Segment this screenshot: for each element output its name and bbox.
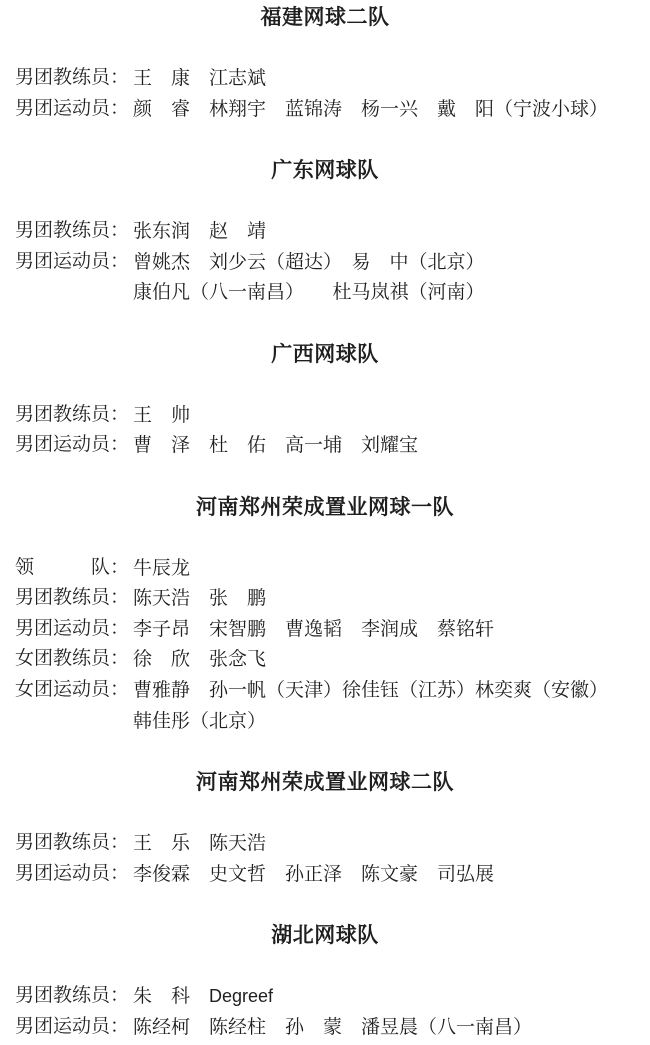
roster-row-names: 王 帅 [133,405,190,426]
roster-row-names: 王 乐 陈天浩 [133,833,266,854]
roster-row-label: 男团运动员： [15,859,133,890]
team-title: 河南郑州荣成置业网球二队 [15,767,635,798]
roster-row-label: 男团教练员： [15,583,133,614]
roster-row-continuation: 康伯凡（八一南昌） 杜马岚祺（河南） [15,277,635,308]
roster-row: 男团教练员：朱 科 Degreef [15,981,635,1012]
roster-row-names: 颜 睿 林翔宇 蓝锦涛 杨一兴 戴 阳（宁波小球） [133,99,608,120]
roster-row-names: 张东润 赵 靖 [133,221,266,242]
roster-row-label: 男团教练员： [15,981,133,1012]
roster-row-names: 曾姚杰 刘少云（超达） 易 中（北京） [133,252,485,273]
roster-row: 男团教练员：王 帅 [15,400,635,431]
roster-row-names: 徐 欣 张念飞 [133,649,266,670]
roster-row-label: 男团教练员： [15,216,133,247]
roster-row: 男团教练员：王 康 江志斌 [15,63,635,94]
roster-row: 男团运动员：陈经柯 陈经柱 孙 蒙 潘昱晨（八一南昌） [15,1012,635,1043]
team-title: 广东网球队 [15,155,635,186]
roster-row: 男团运动员：李子昂 宋智鹏 曹逸韬 李润成 蔡铭轩 [15,614,635,645]
roster-row: 领 队：牛辰龙 [15,553,635,584]
roster-row-names: 朱 科 [133,986,209,1007]
roster-row: 男团运动员：曹 泽 杜 佑 高一埔 刘耀宝 [15,430,635,461]
roster-row-latin-name: Degreef [209,986,273,1006]
team-section-3: 广西网球队男团教练员：王 帅男团运动员：曹 泽 杜 佑 高一埔 刘耀宝 [15,339,635,461]
roster-row-label: 男团运动员： [15,430,133,461]
roster-row-label: 男团运动员： [15,94,133,125]
roster-row-names: 康伯凡（八一南昌） 杜马岚祺（河南） [133,282,485,303]
team-section-5: 河南郑州荣成置业网球二队男团教练员：王 乐 陈天浩男团运动员：李俊霖 史文哲 孙… [15,767,635,889]
team-title: 福建网球二队 [15,2,635,33]
roster-row: 女团运动员：曹雅静 孙一帆（天津）徐佳钰（江苏）林奕爽（安徽） [15,675,635,706]
roster-row: 男团运动员：曾姚杰 刘少云（超达） 易 中（北京） [15,247,635,278]
roster-row: 男团运动员：李俊霖 史文哲 孙正泽 陈文豪 司弘展 [15,859,635,890]
roster-row: 男团教练员：陈天浩 张 鹏 [15,583,635,614]
roster-row-names: 陈天浩 张 鹏 [133,588,266,609]
roster-row-label: 女团运动员： [15,675,133,706]
roster-row-continuation: 韩佳彤（北京） [15,706,635,737]
team-section-2: 广东网球队男团教练员：张东润 赵 靖男团运动员：曾姚杰 刘少云（超达） 易 中（… [15,155,635,308]
roster-row-label: 男团运动员： [15,1012,133,1043]
roster-row: 男团教练员：张东润 赵 靖 [15,216,635,247]
roster-row-names: 韩佳彤（北京） [133,711,266,732]
roster-row-names: 陈经柯 陈经柱 孙 蒙 潘昱晨（八一南昌） [133,1017,532,1038]
team-section-6: 湖北网球队男团教练员：朱 科 Degreef男团运动员：陈经柯 陈经柱 孙 蒙 … [15,920,635,1042]
roster-row-label: 男团教练员： [15,63,133,94]
roster-row: 男团运动员：颜 睿 林翔宇 蓝锦涛 杨一兴 戴 阳（宁波小球） [15,94,635,125]
roster-row-names: 李俊霖 史文哲 孙正泽 陈文豪 司弘展 [133,864,494,885]
roster-row-label: 男团运动员： [15,247,133,278]
roster-row-label: 男团教练员： [15,828,133,859]
team-section-4: 河南郑州荣成置业网球一队领 队：牛辰龙男团教练员：陈天浩 张 鹏男团运动员：李子… [15,492,635,737]
roster-row-names: 曹 泽 杜 佑 高一埔 刘耀宝 [133,435,418,456]
roster-row: 女团教练员：徐 欣 张念飞 [15,644,635,675]
team-section-1: 福建网球二队男团教练员：王 康 江志斌男团运动员：颜 睿 林翔宇 蓝锦涛 杨一兴… [15,2,635,124]
roster-row: 男团教练员：王 乐 陈天浩 [15,828,635,859]
team-title: 河南郑州荣成置业网球一队 [15,492,635,523]
roster-row-label: 男团教练员： [15,400,133,431]
roster-row-names: 王 康 江志斌 [133,68,266,89]
roster-row-names: 李子昂 宋智鹏 曹逸韬 李润成 蔡铭轩 [133,619,494,640]
roster-row-label: 男团运动员： [15,614,133,645]
team-title: 广西网球队 [15,339,635,370]
team-title: 湖北网球队 [15,920,635,951]
roster-row-label: 女团教练员： [15,644,133,675]
roster-document: 福建网球二队男团教练员：王 康 江志斌男团运动员：颜 睿 林翔宇 蓝锦涛 杨一兴… [0,0,650,1045]
roster-row-names: 曹雅静 孙一帆（天津）徐佳钰（江苏）林奕爽（安徽） [133,680,608,701]
roster-row-label: 领 队： [15,553,133,584]
roster-row-names: 牛辰龙 [133,558,190,579]
